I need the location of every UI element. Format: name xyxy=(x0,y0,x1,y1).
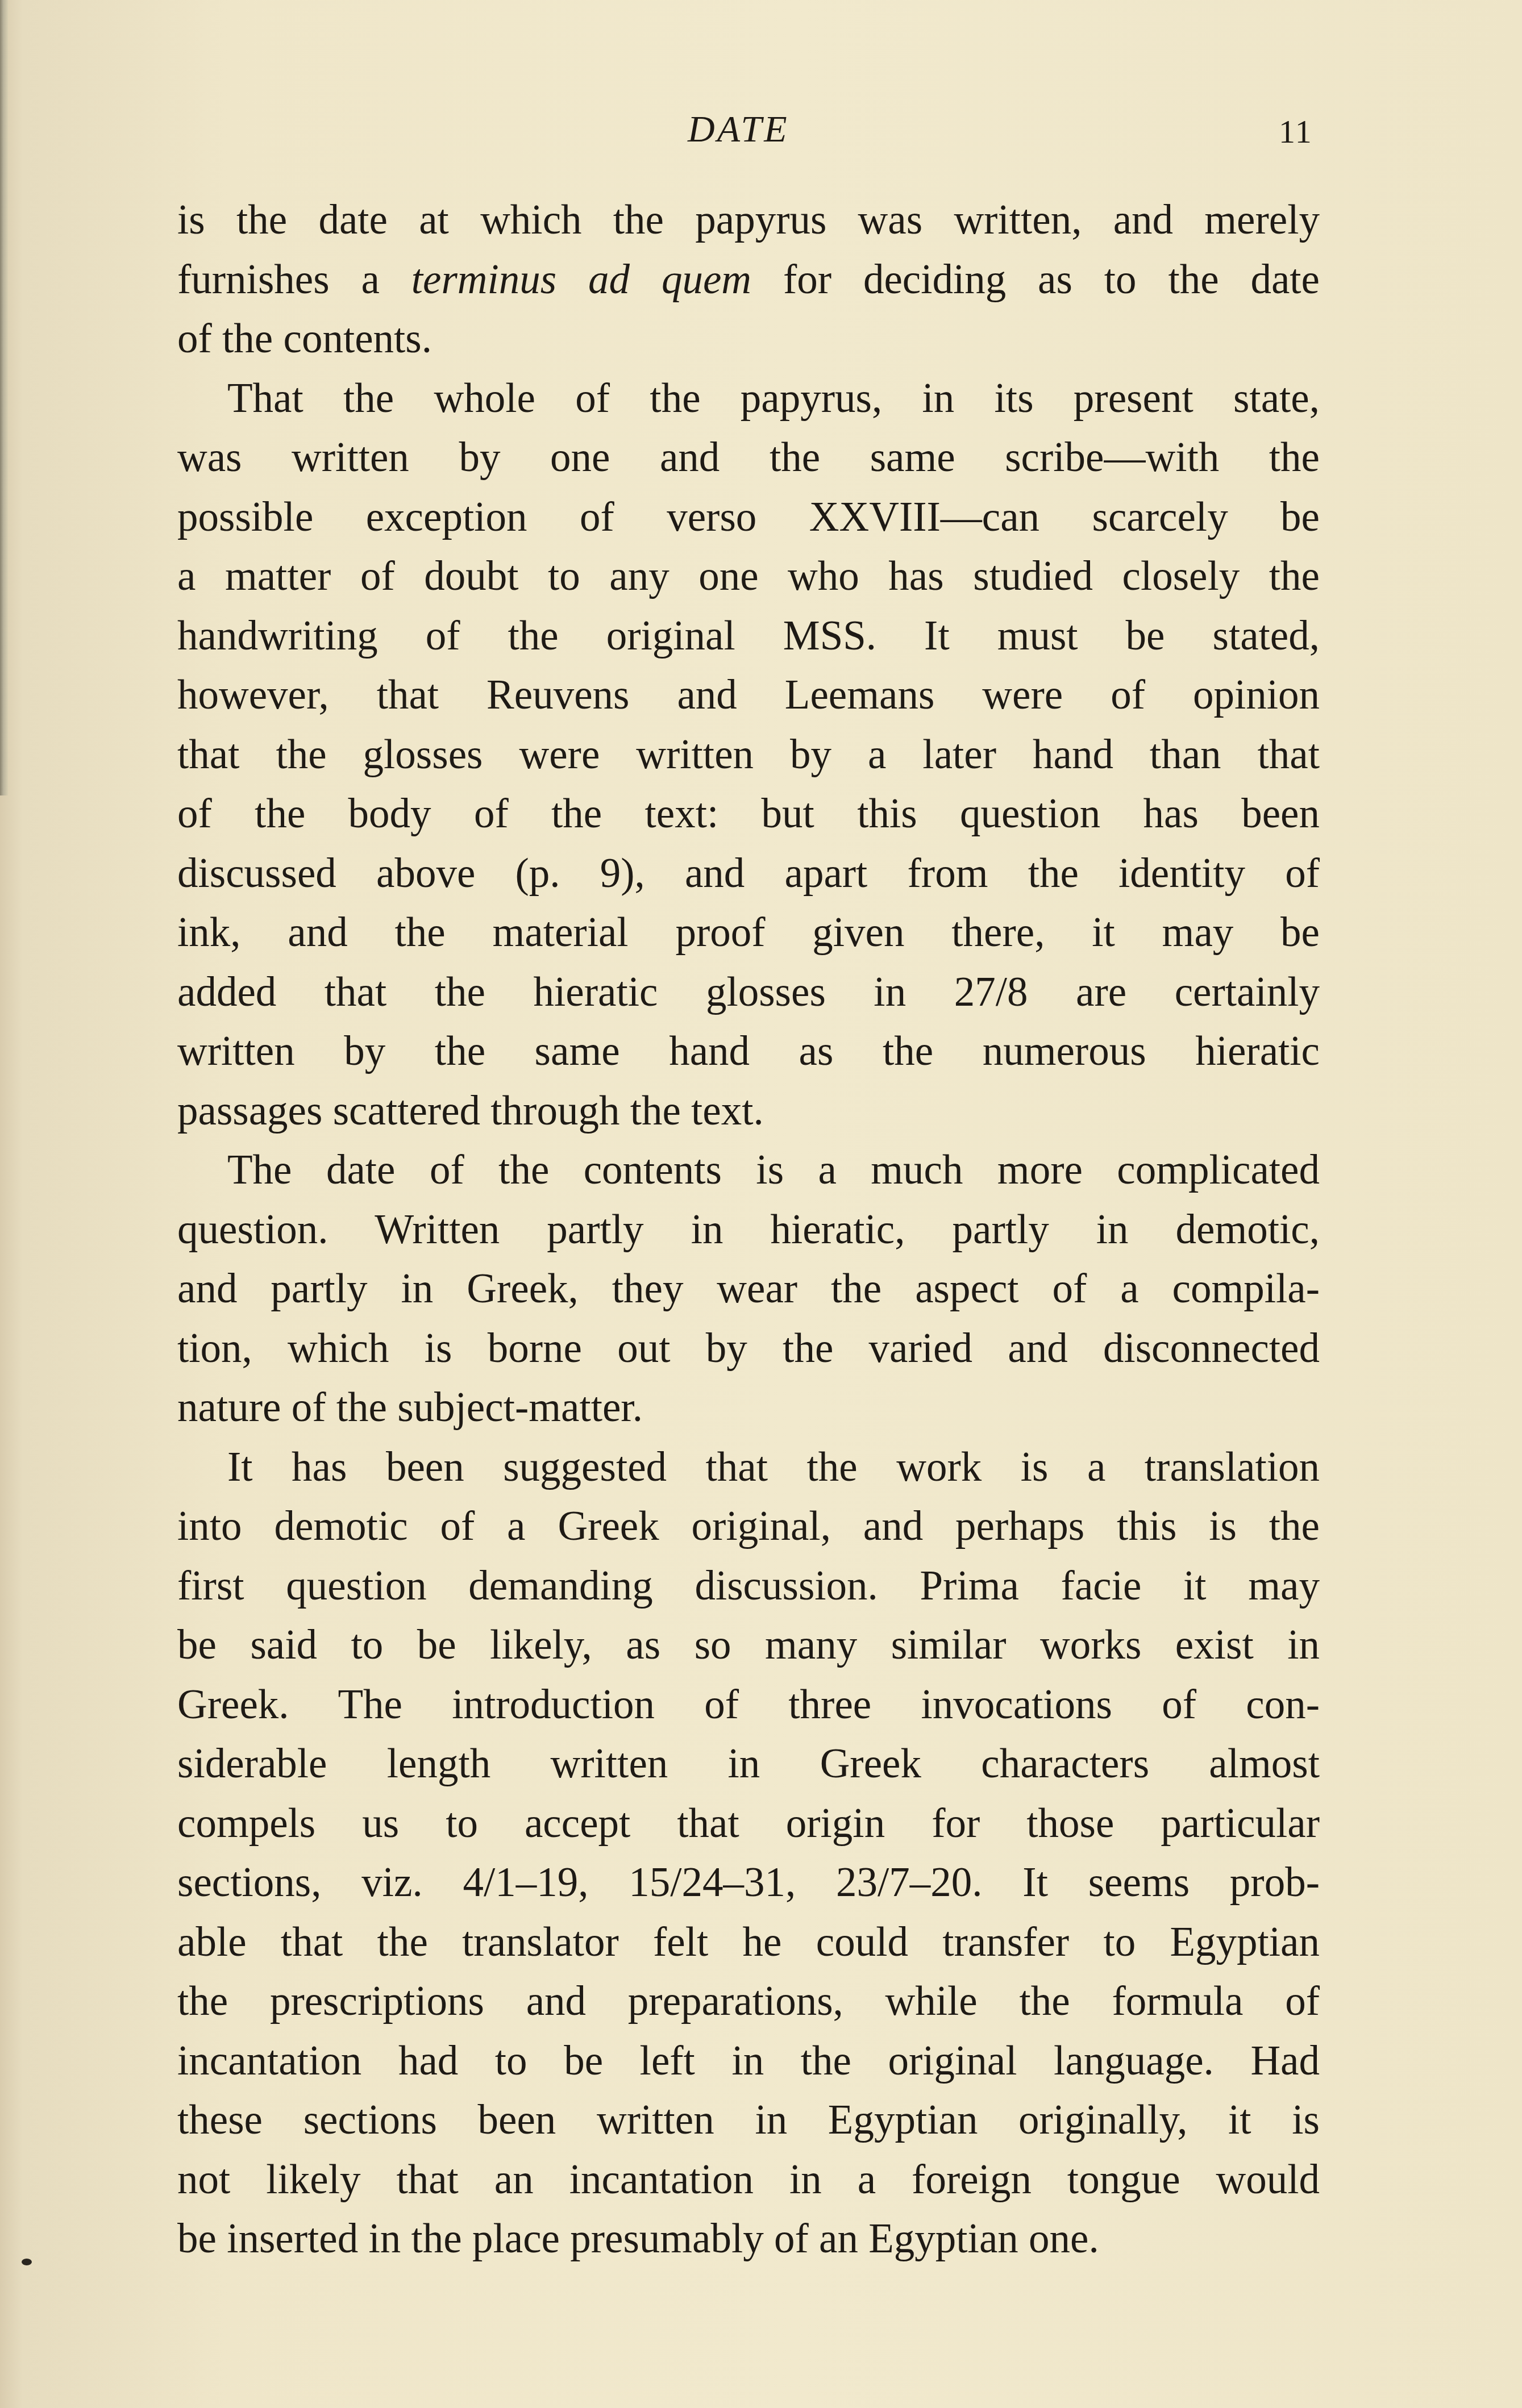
running-head: DATE 11 xyxy=(0,108,1522,165)
text-line-italic: furnishes a terminus ad quem for decidin… xyxy=(177,250,1320,310)
text-line: Greek. The introduction of three invocat… xyxy=(177,1675,1320,1735)
text-line: discussed above (p. 9), and apart from t… xyxy=(177,844,1320,903)
text-line: however, that Reuvens and Leemans were o… xyxy=(177,665,1320,725)
text-line: tion, which is borne out by the varied a… xyxy=(177,1319,1320,1378)
text-line: a matter of doubt to any one who has stu… xyxy=(177,547,1320,606)
text-line: not likely that an incantation in a fore… xyxy=(177,2150,1320,2210)
paragraph-2: That the whole of the papyrus, in its pr… xyxy=(177,369,1320,1141)
text-line: possible exception of verso XXVIII—can s… xyxy=(177,488,1320,547)
text-line: of the contents. xyxy=(177,309,1320,369)
paragraph-4: It has been suggested that the work is a… xyxy=(177,1438,1320,2269)
text-line: question. Written partly in hieratic, pa… xyxy=(177,1200,1320,1260)
text-line: be inserted in the place presumably of a… xyxy=(177,2209,1320,2269)
text-line: ink, and the material proof given there,… xyxy=(177,903,1320,963)
text-line: That the whole of the papyrus, in its pr… xyxy=(177,369,1320,428)
text-line: incantation had to be left in the origin… xyxy=(177,2031,1320,2091)
text-line: able that the translator felt he could t… xyxy=(177,1913,1320,1972)
text-line: of the body of the text: but this questi… xyxy=(177,784,1320,844)
text-line: and partly in Greek, they wear the aspec… xyxy=(177,1259,1320,1319)
text-line: passages scattered through the text. xyxy=(177,1081,1320,1141)
text-line: into demotic of a Greek original, and pe… xyxy=(177,1497,1320,1556)
text-line: the prescriptions and preparations, whil… xyxy=(177,1972,1320,2031)
text-line: It has been suggested that the work is a… xyxy=(177,1438,1320,1497)
text-line: written by the same hand as the numerous… xyxy=(177,1022,1320,1081)
paragraph-3: The date of the contents is a much more … xyxy=(177,1140,1320,1438)
text-line: compels us to accept that origin for tho… xyxy=(177,1794,1320,1853)
text-line: The date of the contents is a much more … xyxy=(177,1140,1320,1200)
text-line: handwriting of the original MSS. It must… xyxy=(177,606,1320,666)
text-line: first question demanding discussion. Pri… xyxy=(177,1556,1320,1616)
body-text: is the date at which the papyrus was wri… xyxy=(177,190,1320,2269)
text-line: sections, viz. 4/1–19, 15/24–31, 23/7–20… xyxy=(177,1853,1320,1913)
text-line: siderable length written in Greek charac… xyxy=(177,1734,1320,1794)
page-number: 11 xyxy=(1279,113,1313,151)
paragraph-1: is the date at which the papyrus was wri… xyxy=(177,190,1320,369)
text-line: nature of the subject-matter. xyxy=(177,1378,1320,1438)
text-line: be said to be likely, as so many similar… xyxy=(177,1615,1320,1675)
text-line: that the glosses were written by a later… xyxy=(177,725,1320,785)
italic-term: terminus ad quem xyxy=(411,256,751,302)
text-line: these sections been written in Egyptian … xyxy=(177,2090,1320,2150)
ink-speck xyxy=(22,2259,32,2265)
running-head-title: DATE xyxy=(688,108,789,151)
text-line: is the date at which the papyrus was wri… xyxy=(177,190,1320,250)
text-line: was written by one and the same scribe—w… xyxy=(177,428,1320,488)
text-line: added that the hieratic glosses in 27/8 … xyxy=(177,963,1320,1022)
